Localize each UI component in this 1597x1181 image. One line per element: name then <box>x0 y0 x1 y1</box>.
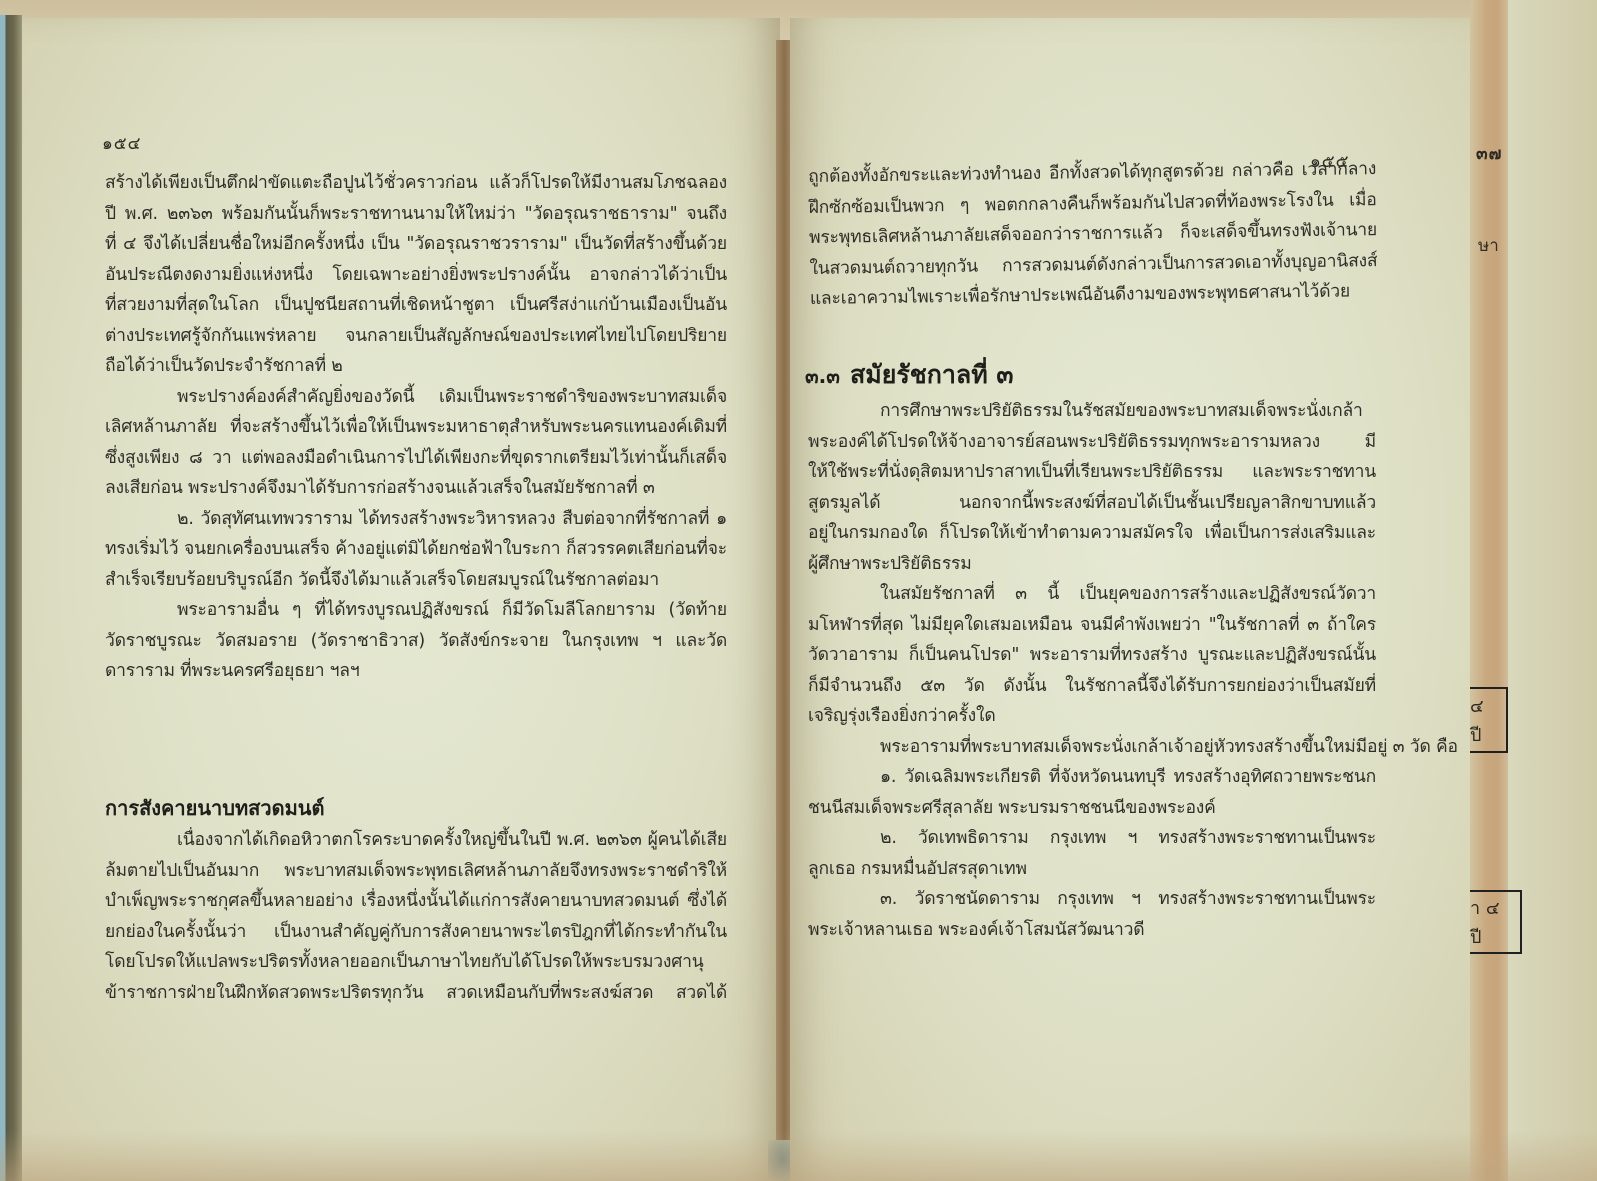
next-page-number: ๓๗ <box>1476 140 1502 167</box>
text-line: ให้ใช้พระที่นั่งดุสิตมหาปราสาทเป็นที่เรี… <box>808 457 1376 488</box>
left-page-text: สร้างได้เพียงเป็นตึกฝาขัดแตะถือปูนไว้ชั่… <box>105 168 727 687</box>
text-line: พระองค์ได้โปรดให้จ้างอาจารย์สอนพระปริยัต… <box>808 427 1376 458</box>
left-page-text-continued: เนื่องจากได้เกิดอหิวาตกโรคระบาดครั้งใหญ่… <box>105 825 727 1008</box>
text-line: การศึกษาพระปริยัติธรรมในรัชสมัยของพระบาท… <box>808 396 1376 427</box>
text-line: เลิศหล้านภาลัย ที่จะสร้างขึ้นไว้เพื่อให้… <box>105 412 727 443</box>
text-line: ปี พ.ศ. ๒๓๖๓ พร้อมกันนั้นก็พระราชทานนามใ… <box>105 199 727 230</box>
book-cover-edge <box>0 15 22 1181</box>
text-line: ล้มตายไปเป็นอันมาก พระบาทสมเด็จพระพุทธเล… <box>105 856 727 887</box>
text-line: ข้าราชการฝ่ายในฝึกหัดสวดพระปริตรทุกวัน ส… <box>105 978 727 1009</box>
text-line: ทรงเริ่มไว้ จนยกเครื่องบนเสร็จ ค้างอยู่แ… <box>105 534 727 565</box>
text-line: พระอารามอื่น ๆ ที่ได้ทรงบูรณปฏิสังขรณ์ ก… <box>105 595 727 626</box>
right-page-text: ถูกต้องทั้งอักขระและท่วงทำนอง อีกทั้งสวด… <box>808 154 1378 314</box>
text-line: บำเพ็ญพระราชกุศลขึ้นหลายอย่าง เรื่องหนึ่… <box>105 886 727 917</box>
text-line: สำเร็จเรียบร้อยบริบูรณ์อีก วัดนี้จึงได้ม… <box>105 565 727 596</box>
list-item-3: ๓. วัดราชนัดดาราม กรุงเทพ ฯ ทรงสร้างพระร… <box>808 884 1376 915</box>
text-line: ยกย่องในครั้งนั้นว่า เป็นงานสำคัญคู่กับก… <box>105 917 727 948</box>
page-fold <box>1470 0 1510 1181</box>
right-page-text-continued: การศึกษาพระปริยัติธรรมในรัชสมัยของพระบาท… <box>808 396 1376 945</box>
section-title: สมัยรัชกาลที่ ๓ <box>850 360 1014 389</box>
text-line: อยู่ในกรมกองใด ก็โปรดให้เข้าทำตามความสมั… <box>808 518 1376 549</box>
text-line: ๒. วัดสุทัศนเทพวราราม ได้ทรงสร้างพระวิหา… <box>105 504 727 535</box>
list-item-2-continued: ลูกเธอ กรมหมื่นอัปสรสุดาเทพ <box>808 854 1376 885</box>
section-heading-3-3: ๓.๓สมัยรัชกาลที่ ๓ <box>805 355 1014 395</box>
text-line: พระปรางค์องค์สำคัญยิ่งของวัดนี้ เดิมเป็น… <box>105 382 727 413</box>
section-number: ๓.๓ <box>805 364 840 388</box>
book-gutter <box>776 40 790 1140</box>
text-line: พระอารามที่พระบาทสมเด็จพระนั่งเกล้าเจ้าอ… <box>808 732 1376 763</box>
list-item-1: ๑. วัดเฉลิมพระเกียรติ ที่จังหวัดนนทบุรี … <box>808 762 1376 793</box>
next-page-box-2: า ๔ ปี <box>1470 890 1522 954</box>
text-line: สร้างได้เพียงเป็นตึกฝาขัดแตะถือปูนไว้ชั่… <box>105 168 727 199</box>
bottom-shadow <box>0 1130 1597 1181</box>
text-line: วัดราชบูรณะ วัดสมอราย (วัดราชาธิวาส) วัด… <box>105 626 727 657</box>
text-line: ผู้ศึกษาพระปริยัติธรรม <box>808 549 1376 580</box>
text-line: อันประณีตงดงามยิ่งแห่งหนึ่ง โดยเฉพาะอย่า… <box>105 260 727 291</box>
text-line: ในสมัยรัชกาลที่ ๓ นี้ เป็นยุคของการสร้าง… <box>808 579 1376 610</box>
left-page-number: ๑๕๔ <box>102 130 142 157</box>
list-item-2: ๒. วัดเทพธิดาราม กรุงเทพ ฯ ทรงสร้างพระรา… <box>808 823 1376 854</box>
next-page-edge <box>1508 0 1597 1181</box>
text-line: วัดวาอาราม ก็เป็นคนโปรด" พระอารามที่ทรงส… <box>808 640 1376 671</box>
text-line: ต่างประเทศรู้จักกันแพร่หลาย จนกลายเป็นสั… <box>105 321 727 352</box>
list-item-1-continued: ชนนีสมเด็จพระศรีสุลาลัย พระบรมราชชนนีของ… <box>808 793 1376 824</box>
section-heading: การสังคายนาบทสวดมนต์ <box>105 792 324 824</box>
text-line: ก็มีจำนวนถึง ๕๓ วัด ดังนั้น ในรัชกาลนี้จ… <box>808 671 1376 702</box>
text-line: โดยโปรดให้แปลพระปริตรทั้งหลายออกเป็นภาษา… <box>105 947 727 978</box>
next-page-fragment: ษา <box>1478 232 1499 259</box>
text-line: ถือได้ว่าเป็นวัดประจำรัชกาลที่ ๒ <box>105 351 727 382</box>
text-line: ซึ่งสูงเพียง ๘ วา แต่พอลงมือดำเนินการไปไ… <box>105 443 727 474</box>
text-line: ลงเสียก่อน พระปรางค์จึงมาได้รับการก่อสร้… <box>105 473 727 504</box>
text-line: ที่ ๔ จึงได้เปลี่ยนชื่อใหม่อีกครั้งหนึ่ง… <box>105 229 727 260</box>
text-line: มโหฬารที่สุด ไม่มียุคใดเสมอเหมือน จนมีคำ… <box>808 610 1376 641</box>
list-item-3-continued: พระเจ้าหลานเธอ พระองค์เจ้าโสมนัสวัฒนาวดี <box>808 915 1376 946</box>
next-page-box-1: ๔ ปี <box>1470 687 1508 753</box>
text-line: เจริญรุ่งเรืองยิ่งกว่าครั้งใด <box>808 701 1376 732</box>
text-line: สูตรมูลได้ นอกจากนี้พระสงฆ์ที่สอบได้เป็น… <box>808 488 1376 519</box>
text-line: เนื่องจากได้เกิดอหิวาตกโรคระบาดครั้งใหญ่… <box>105 825 727 856</box>
text-line: ที่สวยงามที่สุดในโลก เป็นปูชนียสถานที่เช… <box>105 290 727 321</box>
text-line: ดาราราม ที่พระนครศรีอยุธยา ฯลฯ <box>105 656 727 687</box>
